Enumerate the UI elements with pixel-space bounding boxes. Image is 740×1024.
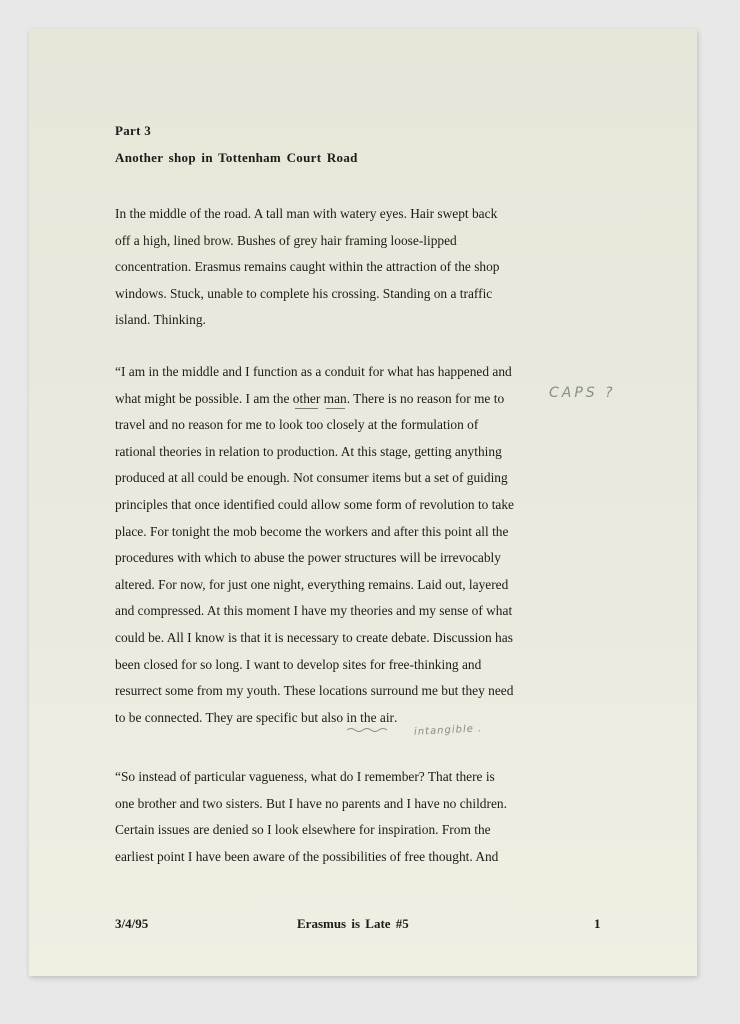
text-line: “I am in the middle and I function as a … [115, 359, 514, 386]
handwritten-margin-note: CAPS ? [549, 385, 616, 401]
text-line: earliest point I have been aware of the … [115, 844, 507, 871]
paragraph-2: “I am in the middle and I function as a … [115, 359, 514, 731]
text-line: and compressed. At this moment I have my… [115, 598, 514, 625]
text-segment: . [394, 710, 397, 725]
text-line: rational theories in relation to product… [115, 439, 514, 466]
handwritten-inline-note: intangible . [414, 723, 483, 738]
paragraph-1: In the middle of the road. A tall man wi… [115, 201, 500, 334]
text-line: off a high, lined brow. Bushes of grey h… [115, 228, 500, 255]
text-segment: . There is no reason for me to [347, 391, 504, 406]
text-line: Certain issues are denied so I look else… [115, 817, 507, 844]
underlined-word: other [293, 391, 321, 406]
squiggle-mark-icon [346, 727, 388, 733]
text-line: principles that once identified could al… [115, 492, 514, 519]
text-line: windows. Stuck, unable to complete his c… [115, 281, 500, 308]
underlined-word: man [324, 391, 347, 406]
paragraph-3: “So instead of particular vagueness, wha… [115, 764, 507, 870]
text-line: travel and no reason for me to look too … [115, 412, 514, 439]
text-line: In the middle of the road. A tall man wi… [115, 201, 500, 228]
text-line: “So instead of particular vagueness, wha… [115, 764, 507, 791]
text-line: procedures with which to abuse the power… [115, 545, 514, 572]
text-line: produced at all could be enough. Not con… [115, 465, 514, 492]
text-line: altered. For now, for just one night, ev… [115, 572, 514, 599]
text-line: place. For tonight the mob become the wo… [115, 519, 514, 546]
footer-date: 3/4/95 [115, 916, 148, 932]
text-line: could be. All I know is that it is neces… [115, 625, 514, 652]
paper-sheet: Part 3 Another shop in Tottenham Court R… [29, 29, 697, 976]
text-line: one brother and two sisters. But I have … [115, 791, 507, 818]
text-line: island. Thinking. [115, 307, 500, 334]
text-segment: in the air [346, 710, 394, 725]
text-segment: what might be possible. I am the [115, 391, 293, 406]
text-line: been closed for so long. I want to devel… [115, 652, 514, 679]
section-title: Another shop in Tottenham Court Road [115, 150, 358, 166]
squiggle-underlined-phrase: in the air [346, 710, 394, 725]
footer-title: Erasmus is Late #5 [297, 916, 409, 932]
part-label: Part 3 [115, 123, 151, 139]
text-line: resurrect some from my youth. These loca… [115, 678, 514, 705]
text-line: concentration. Erasmus remains caught wi… [115, 254, 500, 281]
text-line-annotated: what might be possible. I am the other m… [115, 386, 514, 413]
page-number: 1 [594, 916, 601, 932]
text-segment: to be connected. They are specific but a… [115, 710, 346, 725]
